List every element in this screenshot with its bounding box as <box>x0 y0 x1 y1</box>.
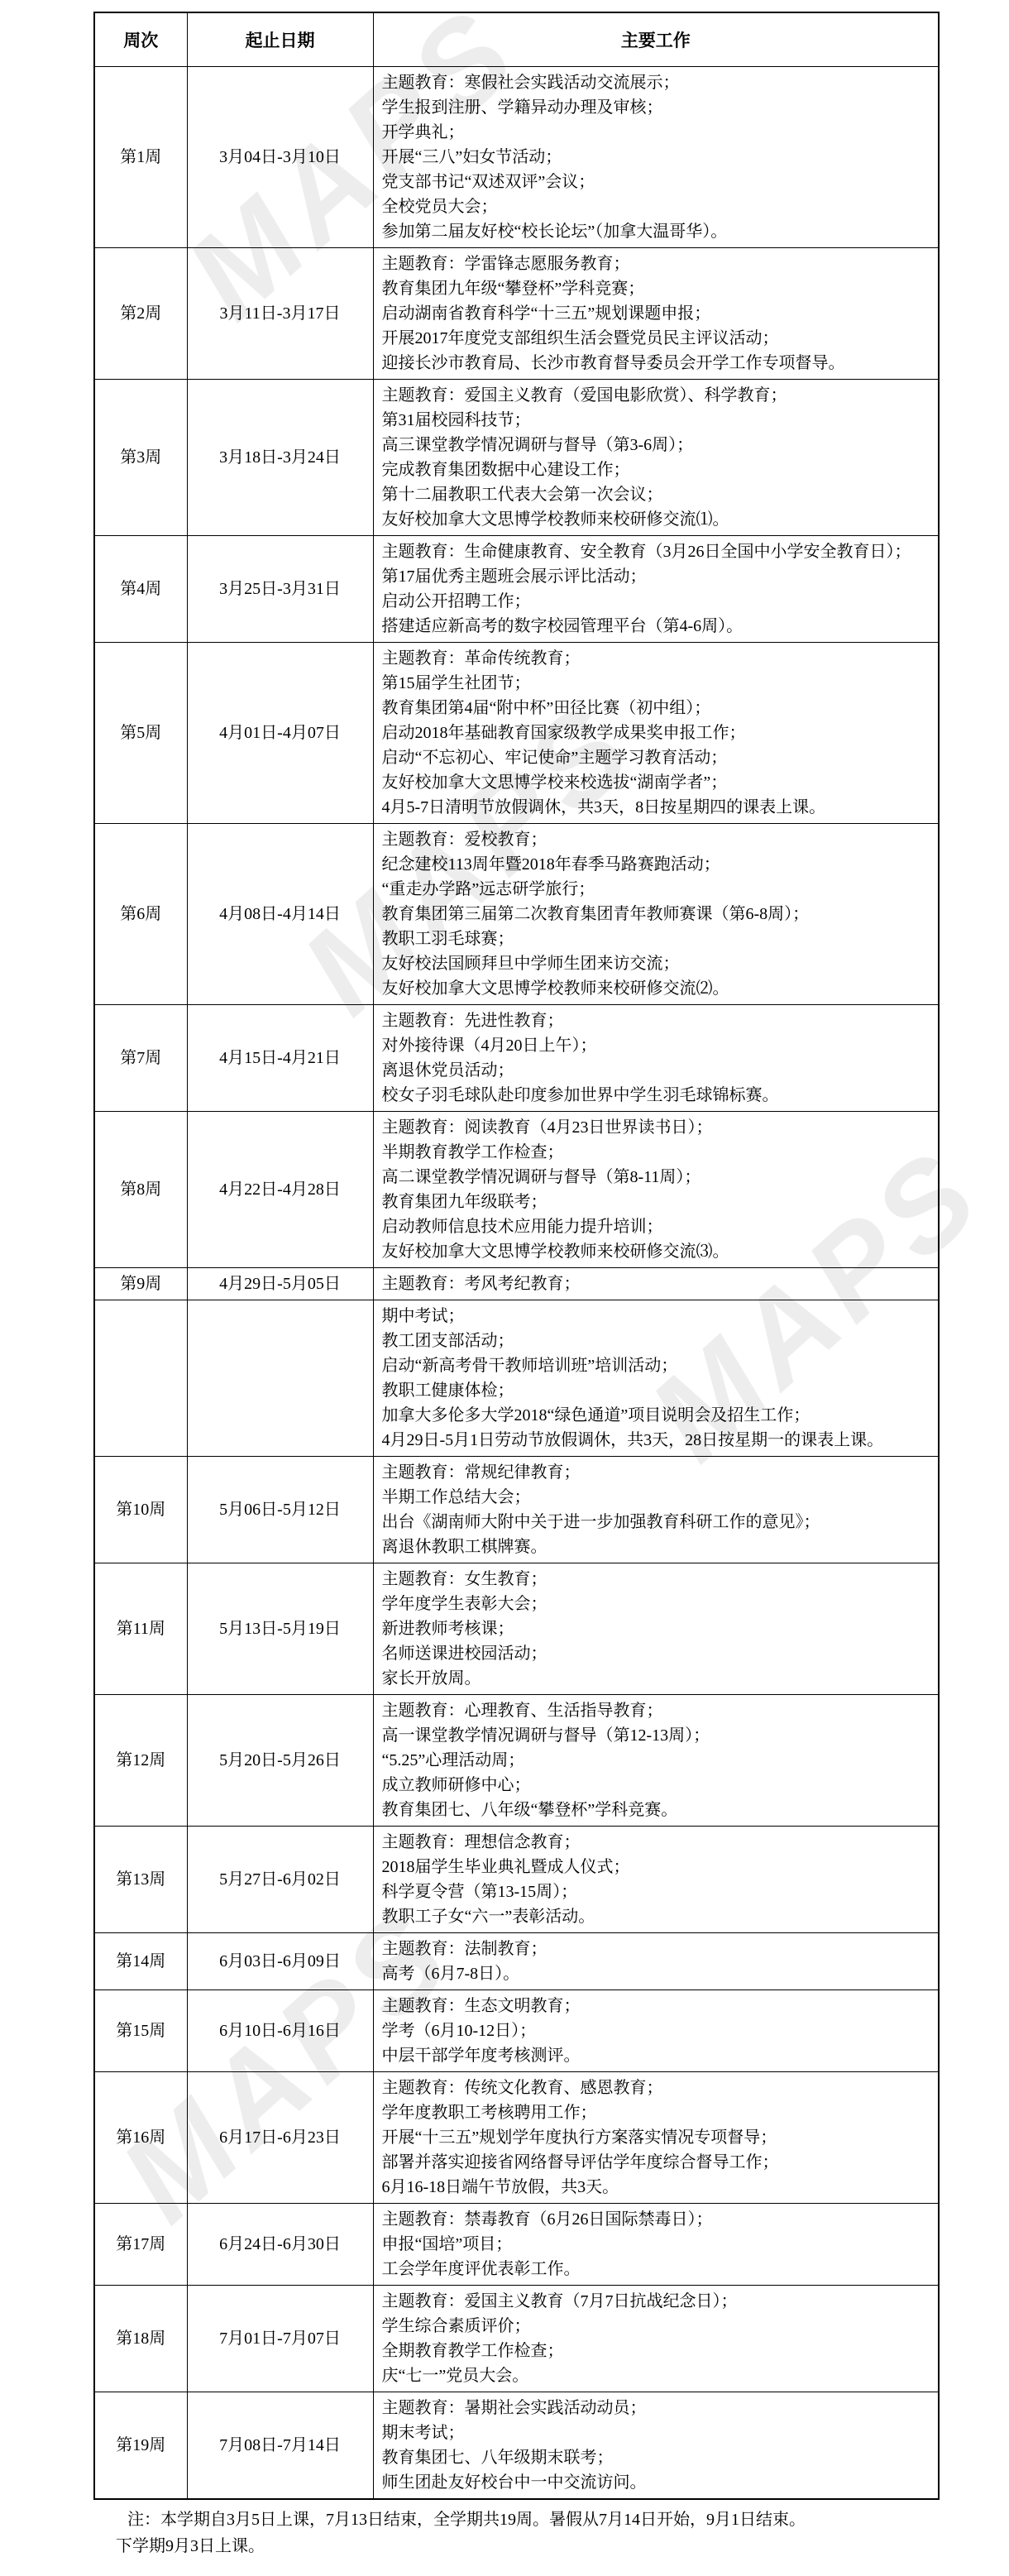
footnote-line: 注：本学期自3月5日上课，7月13日结束，全学期共19周。暑假从7月14日开始，… <box>93 2507 976 2533</box>
task-line: 申报“国培”项目； <box>382 2232 934 2257</box>
dates-cell <box>187 1300 373 1457</box>
week-cell: 第13周 <box>94 1827 187 1933</box>
task-line: 友好校加拿大文思博学校教师来校研修交流⑴。 <box>382 507 934 532</box>
task-line: 开学典礼； <box>382 120 934 145</box>
task-line: 主题教育：寒假社会实践活动交流展示； <box>382 70 934 95</box>
footnote: 注：本学期自3月5日上课，7月13日结束，全学期共19周。暑假从7月14日开始，… <box>93 2507 976 2559</box>
task-line: 学年度教职工考核聘用工作； <box>382 2100 934 2125</box>
week-cell: 第4周 <box>94 536 187 643</box>
table-body: 第1周3月04日-3月10日主题教育：寒假社会实践活动交流展示；学生报到注册、学… <box>94 67 939 2500</box>
dates-cell: 4月08日-4月14日 <box>187 824 373 1005</box>
task-line: 主题教育：考风考纪教育； <box>382 1271 934 1296</box>
tasks-cell: 主题教育：常规纪律教育；半期工作总结大会；出台《湖南师大附中关于进一步加强教育科… <box>373 1457 939 1563</box>
task-line: 主题教育：暑期社会实践活动动员； <box>382 2396 934 2420</box>
week-cell: 第5周 <box>94 643 187 824</box>
task-line: 对外接待课（4月20日上午）； <box>382 1033 934 1058</box>
dates-cell: 6月10日-6月16日 <box>187 1990 373 2072</box>
dates-cell: 4月22日-4月28日 <box>187 1112 373 1268</box>
table-row: 第9周4月29日-5月05日主题教育：考风考纪教育； <box>94 1268 939 1300</box>
task-line: 教育集团第4届“附中杯”田径比赛（初中组）； <box>382 696 934 721</box>
task-line: 离退休教职工棋牌赛。 <box>382 1535 934 1559</box>
week-cell: 第3周 <box>94 380 187 536</box>
task-line: 师生团赴友好校台中一中交流访问。 <box>382 2470 934 2495</box>
table-row: 第14周6月03日-6月09日主题教育：法制教育；高考（6月7-8日）。 <box>94 1933 939 1990</box>
task-line: 学生报到注册、学籍异动办理及审核； <box>382 95 934 120</box>
task-line: 学生综合素质评价； <box>382 2314 934 2339</box>
task-line: 4月5-7日清明节放假调休，共3天，8日按星期四的课表上课。 <box>382 795 934 820</box>
dates-cell: 6月17日-6月23日 <box>187 2072 373 2204</box>
week-cell: 第9周 <box>94 1268 187 1300</box>
task-line: 主题教育：常规纪律教育； <box>382 1460 934 1485</box>
task-line: 搭建适应新高考的数字校园管理平台（第4-6周）。 <box>382 614 934 639</box>
task-line: 高一课堂教学情况调研与督导（第12-13周）； <box>382 1723 934 1748</box>
table-row: 第6周4月08日-4月14日主题教育：爱校教育；纪念建校113周年暨2018年春… <box>94 824 939 1005</box>
dates-cell: 5月20日-5月26日 <box>187 1695 373 1827</box>
task-line: “5.25”心理活动周； <box>382 1748 934 1773</box>
task-line: 第31届校园科技节； <box>382 408 934 433</box>
tasks-cell: 主题教育：生命健康教育、安全教育（3月26日全国中小学安全教育日）；第17届优秀… <box>373 536 939 643</box>
week-cell: 第18周 <box>94 2286 187 2392</box>
task-line: 启动“新高考骨干教师培训班”培训活动； <box>382 1353 934 1378</box>
dates-cell: 6月03日-6月09日 <box>187 1933 373 1990</box>
dates-cell: 3月18日-3月24日 <box>187 380 373 536</box>
table-row: 第8周4月22日-4月28日主题教育：阅读教育（4月23日世界读书日）；半期教育… <box>94 1112 939 1268</box>
dates-cell: 3月25日-3月31日 <box>187 536 373 643</box>
task-line: 新进教师考核课； <box>382 1616 934 1641</box>
task-line: 教育集团七、八年级“攀登杯”学科竞赛。 <box>382 1798 934 1822</box>
task-line: 主题教育：生态文明教育； <box>382 1994 934 2018</box>
task-line: 学年度学生表彰大会； <box>382 1592 934 1616</box>
table-row: 期中考试；教工团支部活动；启动“新高考骨干教师培训班”培训活动；教职工健康体检；… <box>94 1300 939 1457</box>
tasks-cell: 主题教育：禁毒教育（6月26日国际禁毒日）；申报“国培”项目；工会学年度评优表彰… <box>373 2204 939 2286</box>
week-cell: 第7周 <box>94 1005 187 1112</box>
table-row: 第2周3月11日-3月17日主题教育：学雷锋志愿服务教育；教育集团九年级“攀登杯… <box>94 248 939 380</box>
dates-cell: 3月11日-3月17日 <box>187 248 373 380</box>
dates-cell: 4月15日-4月21日 <box>187 1005 373 1112</box>
table-row: 第5周4月01日-4月07日主题教育：革命传统教育；第15届学生社团节；教育集团… <box>94 643 939 824</box>
task-line: 工会学年度评优表彰工作。 <box>382 2257 934 2282</box>
task-line: 主题教育：爱国主义教育（7月7日抗战纪念日）； <box>382 2289 934 2314</box>
header-row: 周次 起止日期 主要工作 <box>94 12 939 67</box>
task-line: 开展“十三五”规划学年度执行方案落实情况专项督导； <box>382 2125 934 2150</box>
week-cell: 第14周 <box>94 1933 187 1990</box>
task-line: 第15届学生社团节； <box>382 671 934 696</box>
task-line: 友好校加拿大文思博学校来校选拔“湖南学者”； <box>382 770 934 795</box>
task-line: 2018届学生毕业典礼暨成人仪式； <box>382 1855 934 1879</box>
tasks-cell: 期中考试；教工团支部活动；启动“新高考骨干教师培训班”培训活动；教职工健康体检；… <box>373 1300 939 1457</box>
task-line: 半期工作总结大会； <box>382 1485 934 1510</box>
task-line: 庆“七一”党员大会。 <box>382 2363 934 2388</box>
task-line: 全校党员大会； <box>382 194 934 219</box>
tasks-cell: 主题教育：学雷锋志愿服务教育；教育集团九年级“攀登杯”学科竞赛；启动湖南省教育科… <box>373 248 939 380</box>
task-line: 启动教师信息技术应用能力提升培训； <box>382 1214 934 1239</box>
tasks-cell: 主题教育：爱国主义教育（爱国电影欣赏）、科学教育；第31届校园科技节；高三课堂教… <box>373 380 939 536</box>
week-cell: 第16周 <box>94 2072 187 2204</box>
task-line: 纪念建校113周年暨2018年春季马路赛跑活动； <box>382 852 934 877</box>
task-line: 友好校加拿大文思博学校教师来校研修交流⑵。 <box>382 976 934 1001</box>
dates-cell: 5月13日-5月19日 <box>187 1563 373 1695</box>
table-row: 第17周6月24日-6月30日主题教育：禁毒教育（6月26日国际禁毒日）；申报“… <box>94 2204 939 2286</box>
task-line: 校女子羽毛球队赴印度参加世界中学生羽毛球锦标赛。 <box>382 1083 934 1108</box>
task-line: 4月29日-5月1日劳动节放假调休，共3天，28日按星期一的课表上课。 <box>382 1428 934 1453</box>
table-row: 第11周5月13日-5月19日主题教育：女生教育；学年度学生表彰大会；新进教师考… <box>94 1563 939 1695</box>
header-cell-tasks: 主要工作 <box>373 12 939 67</box>
table-row: 第19周7月08日-7月14日主题教育：暑期社会实践活动动员；期末考试；教育集团… <box>94 2392 939 2500</box>
task-line: 主题教育：女生教育； <box>382 1567 934 1592</box>
week-cell: 第15周 <box>94 1990 187 2072</box>
task-line: “重走办学路”远志研学旅行； <box>382 877 934 902</box>
header-cell-week: 周次 <box>94 12 187 67</box>
task-line: 开展2017年度党支部组织生活会暨党员民主评议活动； <box>382 326 934 351</box>
dates-cell: 7月08日-7月14日 <box>187 2392 373 2500</box>
table-row: 第3周3月18日-3月24日主题教育：爱国主义教育（爱国电影欣赏）、科学教育；第… <box>94 380 939 536</box>
task-line: 启动湖南省教育科学“十三五”规划课题申报； <box>382 301 934 326</box>
header-cell-dates: 起止日期 <box>187 12 373 67</box>
table-row: 第7周4月15日-4月21日主题教育：先进性教育；对外接待课（4月20日上午）；… <box>94 1005 939 1112</box>
tasks-cell: 主题教育：阅读教育（4月23日世界读书日）；半期教育教学工作检查；高二课堂教学情… <box>373 1112 939 1268</box>
task-line: 出台《湖南师大附中关于进一步加强教育科研工作的意见》； <box>382 1510 934 1535</box>
tasks-cell: 主题教育：考风考纪教育； <box>373 1268 939 1300</box>
task-line: 主题教育：法制教育； <box>382 1937 934 1961</box>
task-line: 主题教育：理想信念教育； <box>382 1830 934 1855</box>
task-line: 主题教育：爱国主义教育（爱国电影欣赏）、科学教育； <box>382 383 934 408</box>
dates-cell: 6月24日-6月30日 <box>187 2204 373 2286</box>
table-row: 第18周7月01日-7月07日主题教育：爱国主义教育（7月7日抗战纪念日）；学生… <box>94 2286 939 2392</box>
task-line: 家长开放周。 <box>382 1666 934 1691</box>
dates-cell: 5月27日-6月02日 <box>187 1827 373 1933</box>
tasks-cell: 主题教育：心理教育、生活指导教育；高一课堂教学情况调研与督导（第12-13周）；… <box>373 1695 939 1827</box>
task-line: 开展“三八”妇女节活动； <box>382 145 934 170</box>
dates-cell: 7月01日-7月07日 <box>187 2286 373 2392</box>
tasks-cell: 主题教育：法制教育；高考（6月7-8日）。 <box>373 1933 939 1990</box>
task-line: 期中考试； <box>382 1304 934 1329</box>
week-cell: 第17周 <box>94 2204 187 2286</box>
dates-cell: 3月04日-3月10日 <box>187 67 373 248</box>
task-line: 成立教师研修中心； <box>382 1773 934 1798</box>
task-line: 半期教育教学工作检查； <box>382 1140 934 1165</box>
week-cell: 第1周 <box>94 67 187 248</box>
task-line: 启动“不忘初心、牢记使命”主题学习教育活动； <box>382 745 934 770</box>
task-line: 高三课堂教学情况调研与督导（第3-6周）； <box>382 433 934 457</box>
week-cell: 第12周 <box>94 1695 187 1827</box>
dates-cell: 4月29日-5月05日 <box>187 1268 373 1300</box>
task-line: 期末考试； <box>382 2420 934 2445</box>
dates-cell: 5月06日-5月12日 <box>187 1457 373 1563</box>
calendar-document: 周次 起止日期 主要工作 第1周3月04日-3月10日主题教育：寒假社会实践活动… <box>0 12 1009 2559</box>
task-line: 高考（6月7-8日）。 <box>382 1961 934 1986</box>
task-line: 迎接长沙市教育局、长沙市教育督导委员会开学工作专项督导。 <box>382 351 934 376</box>
table-row: 第10周5月06日-5月12日主题教育：常规纪律教育；半期工作总结大会；出台《湖… <box>94 1457 939 1563</box>
task-line: 第17届优秀主题班会展示评比活动； <box>382 564 934 589</box>
task-line: 高二课堂教学情况调研与督导（第8-11周）； <box>382 1165 934 1190</box>
task-line: 第十二届教职工代表大会第一次会议； <box>382 482 934 507</box>
week-cell: 第19周 <box>94 2392 187 2500</box>
footnote-line: 下学期9月3日上课。 <box>93 2533 976 2559</box>
task-line: 启动2018年基础教育国家级教学成果奖申报工作； <box>382 721 934 745</box>
dates-cell: 4月01日-4月07日 <box>187 643 373 824</box>
task-line: 主题教育：学雷锋志愿服务教育； <box>382 251 934 276</box>
task-line: 主题教育：生命健康教育、安全教育（3月26日全国中小学安全教育日）； <box>382 539 934 564</box>
task-line: 教职工健康体检； <box>382 1378 934 1403</box>
week-cell: 第10周 <box>94 1457 187 1563</box>
task-line: 主题教育：传统文化教育、感恩教育； <box>382 2076 934 2100</box>
week-cell <box>94 1300 187 1457</box>
week-cell: 第8周 <box>94 1112 187 1268</box>
task-line: 主题教育：心理教育、生活指导教育； <box>382 1698 934 1723</box>
week-cell: 第11周 <box>94 1563 187 1695</box>
tasks-cell: 主题教育：生态文明教育；学考（6月10-12日）；中层干部学年度考核测评。 <box>373 1990 939 2072</box>
task-line: 主题教育：先进性教育； <box>382 1008 934 1033</box>
task-line: 学考（6月10-12日）； <box>382 2018 934 2043</box>
task-line: 教育集团第三届第二次教育集团青年教师赛课（第6-8周）； <box>382 902 934 926</box>
task-line: 启动公开招聘工作； <box>382 589 934 614</box>
table-row: 第13周5月27日-6月02日主题教育：理想信念教育；2018届学生毕业典礼暨成… <box>94 1827 939 1933</box>
task-line: 党支部书记“双述双评”会议； <box>382 170 934 194</box>
task-line: 完成教育集团数据中心建设工作； <box>382 457 934 482</box>
task-line: 名师送课进校园活动； <box>382 1641 934 1666</box>
task-line: 全期教育教学工作检查； <box>382 2339 934 2363</box>
task-line: 加拿大多伦多大学2018“绿色通道”项目说明会及招生工作； <box>382 1403 934 1428</box>
table-row: 第1周3月04日-3月10日主题教育：寒假社会实践活动交流展示；学生报到注册、学… <box>94 67 939 248</box>
task-line: 主题教育：革命传统教育； <box>382 646 934 671</box>
table-row: 第4周3月25日-3月31日主题教育：生命健康教育、安全教育（3月26日全国中小… <box>94 536 939 643</box>
table-row: 第16周6月17日-6月23日主题教育：传统文化教育、感恩教育；学年度教职工考核… <box>94 2072 939 2204</box>
task-line: 参加第二届友好校“校长论坛”（加拿大温哥华）。 <box>382 219 934 244</box>
week-cell: 第6周 <box>94 824 187 1005</box>
task-line: 教工团支部活动； <box>382 1329 934 1353</box>
tasks-cell: 主题教育：爱国主义教育（7月7日抗战纪念日）；学生综合素质评价；全期教育教学工作… <box>373 2286 939 2392</box>
week-cell: 第2周 <box>94 248 187 380</box>
task-line: 6月16-18日端午节放假，共3天。 <box>382 2175 934 2200</box>
task-line: 主题教育：阅读教育（4月23日世界读书日）； <box>382 1115 934 1140</box>
task-line: 部署并落实迎接省网络督导评估学年度综合督导工作； <box>382 2150 934 2175</box>
task-line: 科学夏令营（第13-15周）； <box>382 1879 934 1904</box>
tasks-cell: 主题教育：寒假社会实践活动交流展示；学生报到注册、学籍异动办理及审核；开学典礼；… <box>373 67 939 248</box>
task-line: 教育集团九年级联考； <box>382 1190 934 1214</box>
table-row: 第12周5月20日-5月26日主题教育：心理教育、生活指导教育；高一课堂教学情况… <box>94 1695 939 1827</box>
task-line: 教职工羽毛球赛； <box>382 926 934 951</box>
tasks-cell: 主题教育：理想信念教育；2018届学生毕业典礼暨成人仪式；科学夏令营（第13-1… <box>373 1827 939 1933</box>
task-line: 主题教育：爱校教育； <box>382 827 934 852</box>
tasks-cell: 主题教育：传统文化教育、感恩教育；学年度教职工考核聘用工作；开展“十三五”规划学… <box>373 2072 939 2204</box>
task-line: 教育集团九年级“攀登杯”学科竞赛； <box>382 276 934 301</box>
table-row: 第15周6月10日-6月16日主题教育：生态文明教育；学考（6月10-12日）；… <box>94 1990 939 2072</box>
task-line: 教职工子女“六一”表彰活动。 <box>382 1904 934 1929</box>
tasks-cell: 主题教育：革命传统教育；第15届学生社团节；教育集团第4届“附中杯”田径比赛（初… <box>373 643 939 824</box>
tasks-cell: 主题教育：女生教育；学年度学生表彰大会；新进教师考核课；名师送课进校园活动；家长… <box>373 1563 939 1695</box>
task-line: 离退休党员活动； <box>382 1058 934 1083</box>
task-line: 教育集团七、八年级期末联考； <box>382 2445 934 2470</box>
task-line: 中层干部学年度考核测评。 <box>382 2043 934 2068</box>
schedule-table: 周次 起止日期 主要工作 第1周3月04日-3月10日主题教育：寒假社会实践活动… <box>93 12 940 2500</box>
tasks-cell: 主题教育：先进性教育；对外接待课（4月20日上午）；离退休党员活动；校女子羽毛球… <box>373 1005 939 1112</box>
task-line: 主题教育：禁毒教育（6月26日国际禁毒日）； <box>382 2207 934 2232</box>
tasks-cell: 主题教育：暑期社会实践活动动员；期末考试；教育集团七、八年级期末联考；师生团赴友… <box>373 2392 939 2500</box>
task-line: 友好校加拿大文思博学校教师来校研修交流⑶。 <box>382 1239 934 1264</box>
task-line: 友好校法国顾拜旦中学师生团来访交流； <box>382 951 934 976</box>
tasks-cell: 主题教育：爱校教育；纪念建校113周年暨2018年春季马路赛跑活动；“重走办学路… <box>373 824 939 1005</box>
